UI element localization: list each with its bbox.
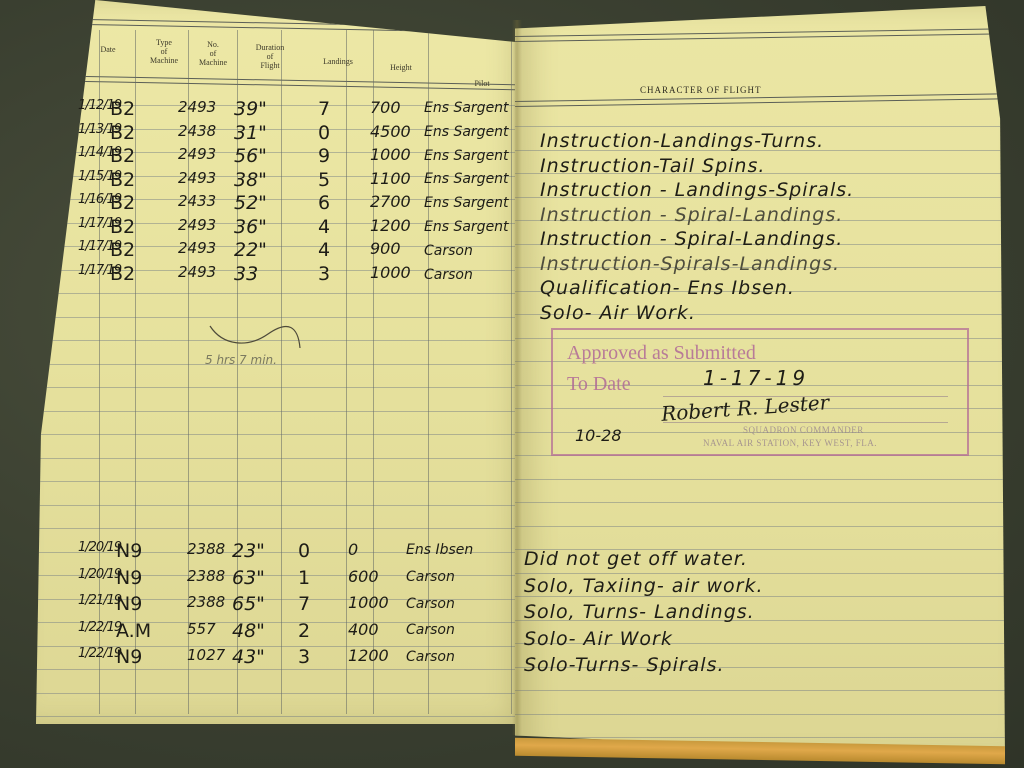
entry-landings: 7	[318, 98, 330, 120]
ruled-line	[36, 693, 530, 694]
entry-no: 1027	[187, 646, 225, 664]
header-double-rule	[36, 75, 530, 90]
character-of-flight-entry: Did not get off water.	[524, 548, 748, 570]
entry-height: 400	[348, 620, 379, 639]
entry-landings: 3	[318, 263, 330, 285]
entry-type: N9	[116, 540, 142, 562]
ruled-line	[515, 479, 1005, 480]
character-of-flight-entry: Solo- Air Work.	[540, 302, 696, 324]
entry-no: 2433	[178, 192, 216, 210]
approval-stamp: Approved as Submitted To Date 1-17-19 Ro…	[551, 328, 969, 456]
entry-landings: 9	[318, 145, 330, 167]
header-height: Height	[378, 63, 424, 72]
ruled-line	[36, 293, 530, 294]
entry-type: B2	[110, 239, 135, 261]
character-of-flight-entry: Instruction - Spiral-Landings.	[540, 228, 843, 250]
entry-pilot: Ens Sargent	[424, 171, 509, 187]
character-of-flight-entry: Solo-Turns- Spirals.	[524, 654, 725, 676]
entry-no: 2438	[178, 122, 216, 140]
stamp-approved-text: Approved as Submitted	[567, 342, 756, 365]
entry-landings: 4	[318, 216, 330, 238]
stamp-station: NAVAL AIR STATION, KEY WEST, FLA.	[703, 438, 877, 448]
entry-landings: 0	[298, 540, 310, 562]
header-character-of-flight: CHARACTER OF FLIGHT	[640, 85, 762, 95]
ruled-line	[36, 505, 530, 506]
header-landings: Landings	[308, 57, 368, 66]
entry-date: 1/22/19	[78, 646, 121, 661]
column-line	[346, 30, 347, 714]
ruled-line	[515, 714, 1005, 715]
entry-landings: 4	[318, 239, 330, 261]
header-double-rule	[36, 18, 530, 33]
entry-pilot: Carson	[424, 243, 473, 259]
header-duration-of-flight: Duration of Flight	[242, 43, 298, 70]
entry-no: 2493	[178, 216, 216, 234]
entry-height: 1200	[370, 216, 411, 235]
entry-duration: 33	[234, 263, 258, 285]
entry-no: 2493	[178, 169, 216, 187]
header-no-of-machine: No. of Machine	[190, 40, 236, 67]
underline-flourish	[208, 318, 303, 358]
entry-pilot: Carson	[406, 596, 455, 612]
stamp-margin-note: 10-28	[575, 426, 622, 445]
ruled-line	[36, 387, 530, 388]
entry-date: 1/22/19	[78, 620, 121, 635]
stamp-date: 1-17-19	[703, 366, 809, 390]
entry-pilot: Carson	[406, 622, 455, 638]
entry-no: 2493	[178, 145, 216, 163]
entry-height: 900	[370, 239, 401, 258]
entry-pilot: Carson	[406, 569, 455, 585]
ruled-line	[36, 481, 530, 482]
header-double-rule	[515, 28, 1005, 42]
entry-type: B2	[110, 192, 135, 214]
entry-landings: 3	[298, 646, 310, 668]
entry-type: N9	[116, 646, 142, 668]
entry-no: 557	[187, 620, 216, 638]
stamp-to-date-label: To Date	[567, 373, 631, 396]
entry-no: 2388	[187, 593, 225, 611]
entry-duration: 23"	[232, 540, 265, 562]
ruled-line	[36, 364, 530, 365]
entry-type: B2	[110, 145, 135, 167]
entry-duration: 48"	[232, 620, 265, 642]
entry-height: 0	[348, 540, 358, 559]
ruled-line	[36, 434, 530, 435]
entry-height: 4500	[370, 122, 411, 141]
logbook: Date Type of Machine No. of Machine Dura…	[0, 0, 1024, 768]
entry-type: B2	[110, 216, 135, 238]
entry-duration: 22"	[234, 239, 267, 261]
entry-height: 1000	[370, 145, 411, 164]
entry-pilot: Ens Sargent	[424, 148, 509, 164]
entry-type: A.M	[116, 620, 151, 642]
entry-duration: 36"	[234, 216, 267, 238]
entry-landings: 2	[298, 620, 310, 642]
entry-height: 600	[348, 567, 379, 586]
ruled-line	[36, 528, 530, 529]
entry-pilot: Ens Sargent	[424, 124, 509, 140]
column-line	[281, 30, 282, 714]
entry-landings: 1	[298, 567, 310, 589]
book-spine	[512, 20, 522, 735]
entry-date: 1/20/19	[78, 567, 121, 582]
entry-pilot: Ens Ibsen	[406, 542, 473, 558]
header-double-rule	[515, 93, 1005, 107]
entry-duration: 43"	[232, 646, 265, 668]
ruled-line	[36, 716, 530, 717]
character-of-flight-entry: Instruction-Tail Spins.	[540, 155, 765, 177]
entry-pilot: Carson	[406, 649, 455, 665]
entry-duration: 63"	[232, 567, 265, 589]
entry-landings: 0	[318, 122, 330, 144]
entry-landings: 7	[298, 593, 310, 615]
entry-height: 700	[370, 98, 401, 117]
entry-height: 1000	[348, 593, 389, 612]
entry-type: B2	[110, 122, 135, 144]
entry-height: 1000	[370, 263, 411, 282]
header-type-of-machine: Type of Machine	[141, 38, 187, 65]
ruled-line	[515, 737, 1005, 738]
entry-no: 2493	[178, 98, 216, 116]
ruled-line	[515, 573, 1005, 574]
entry-type: N9	[116, 593, 142, 615]
entry-type: B2	[110, 169, 135, 191]
entry-no: 2493	[178, 239, 216, 257]
entry-duration: 38"	[234, 169, 267, 191]
entry-height: 1100	[370, 169, 411, 188]
entry-date: 1/20/19	[78, 540, 121, 555]
entry-date: 1/21/19	[78, 593, 121, 608]
character-of-flight-entry: Solo, Turns- Landings.	[524, 601, 755, 623]
entry-no: 2388	[187, 567, 225, 585]
entry-duration: 39"	[234, 98, 267, 120]
entry-landings: 6	[318, 192, 330, 214]
ruled-line	[36, 458, 530, 459]
ruled-line	[515, 690, 1005, 691]
ruled-line	[36, 411, 530, 412]
entry-landings: 5	[318, 169, 330, 191]
character-of-flight-entry: Qualification- Ens Ibsen.	[540, 277, 795, 299]
character-of-flight-entry: Instruction-Spirals-Landings.	[540, 253, 840, 275]
entry-no: 2388	[187, 540, 225, 558]
character-of-flight-entry: Instruction - Landings-Spirals.	[540, 179, 854, 201]
entry-pilot: Ens Sargent	[424, 195, 509, 211]
entry-height: 1200	[348, 646, 389, 665]
entry-type: B2	[110, 98, 135, 120]
entry-pilot: Ens Sargent	[424, 100, 509, 116]
character-of-flight-entry: Instruction - Spiral-Landings.	[540, 204, 843, 226]
character-of-flight-entry: Instruction-Landings-Turns.	[540, 130, 824, 152]
ruled-line	[515, 502, 1005, 503]
ruled-line	[515, 126, 1005, 127]
ruled-line	[515, 526, 1005, 527]
entry-duration: 65"	[232, 593, 265, 615]
entry-type: N9	[116, 567, 142, 589]
entry-duration: 31"	[234, 122, 267, 144]
character-of-flight-entry: Solo- Air Work	[524, 628, 673, 650]
entry-no: 2493	[178, 263, 216, 281]
entry-pilot: Ens Sargent	[424, 219, 509, 235]
header-date: Date	[93, 45, 123, 54]
stamp-title: SQUADRON COMMANDER	[743, 425, 864, 435]
entry-type: B2	[110, 263, 135, 285]
entry-duration: 52"	[234, 192, 267, 214]
ruled-line	[36, 669, 530, 670]
entry-duration: 56"	[234, 145, 267, 167]
entry-pilot: Carson	[424, 267, 473, 283]
character-of-flight-entry: Solo, Taxiing- air work.	[524, 575, 764, 597]
entry-height: 2700	[370, 192, 411, 211]
header-pilot: Pilot	[462, 79, 502, 88]
